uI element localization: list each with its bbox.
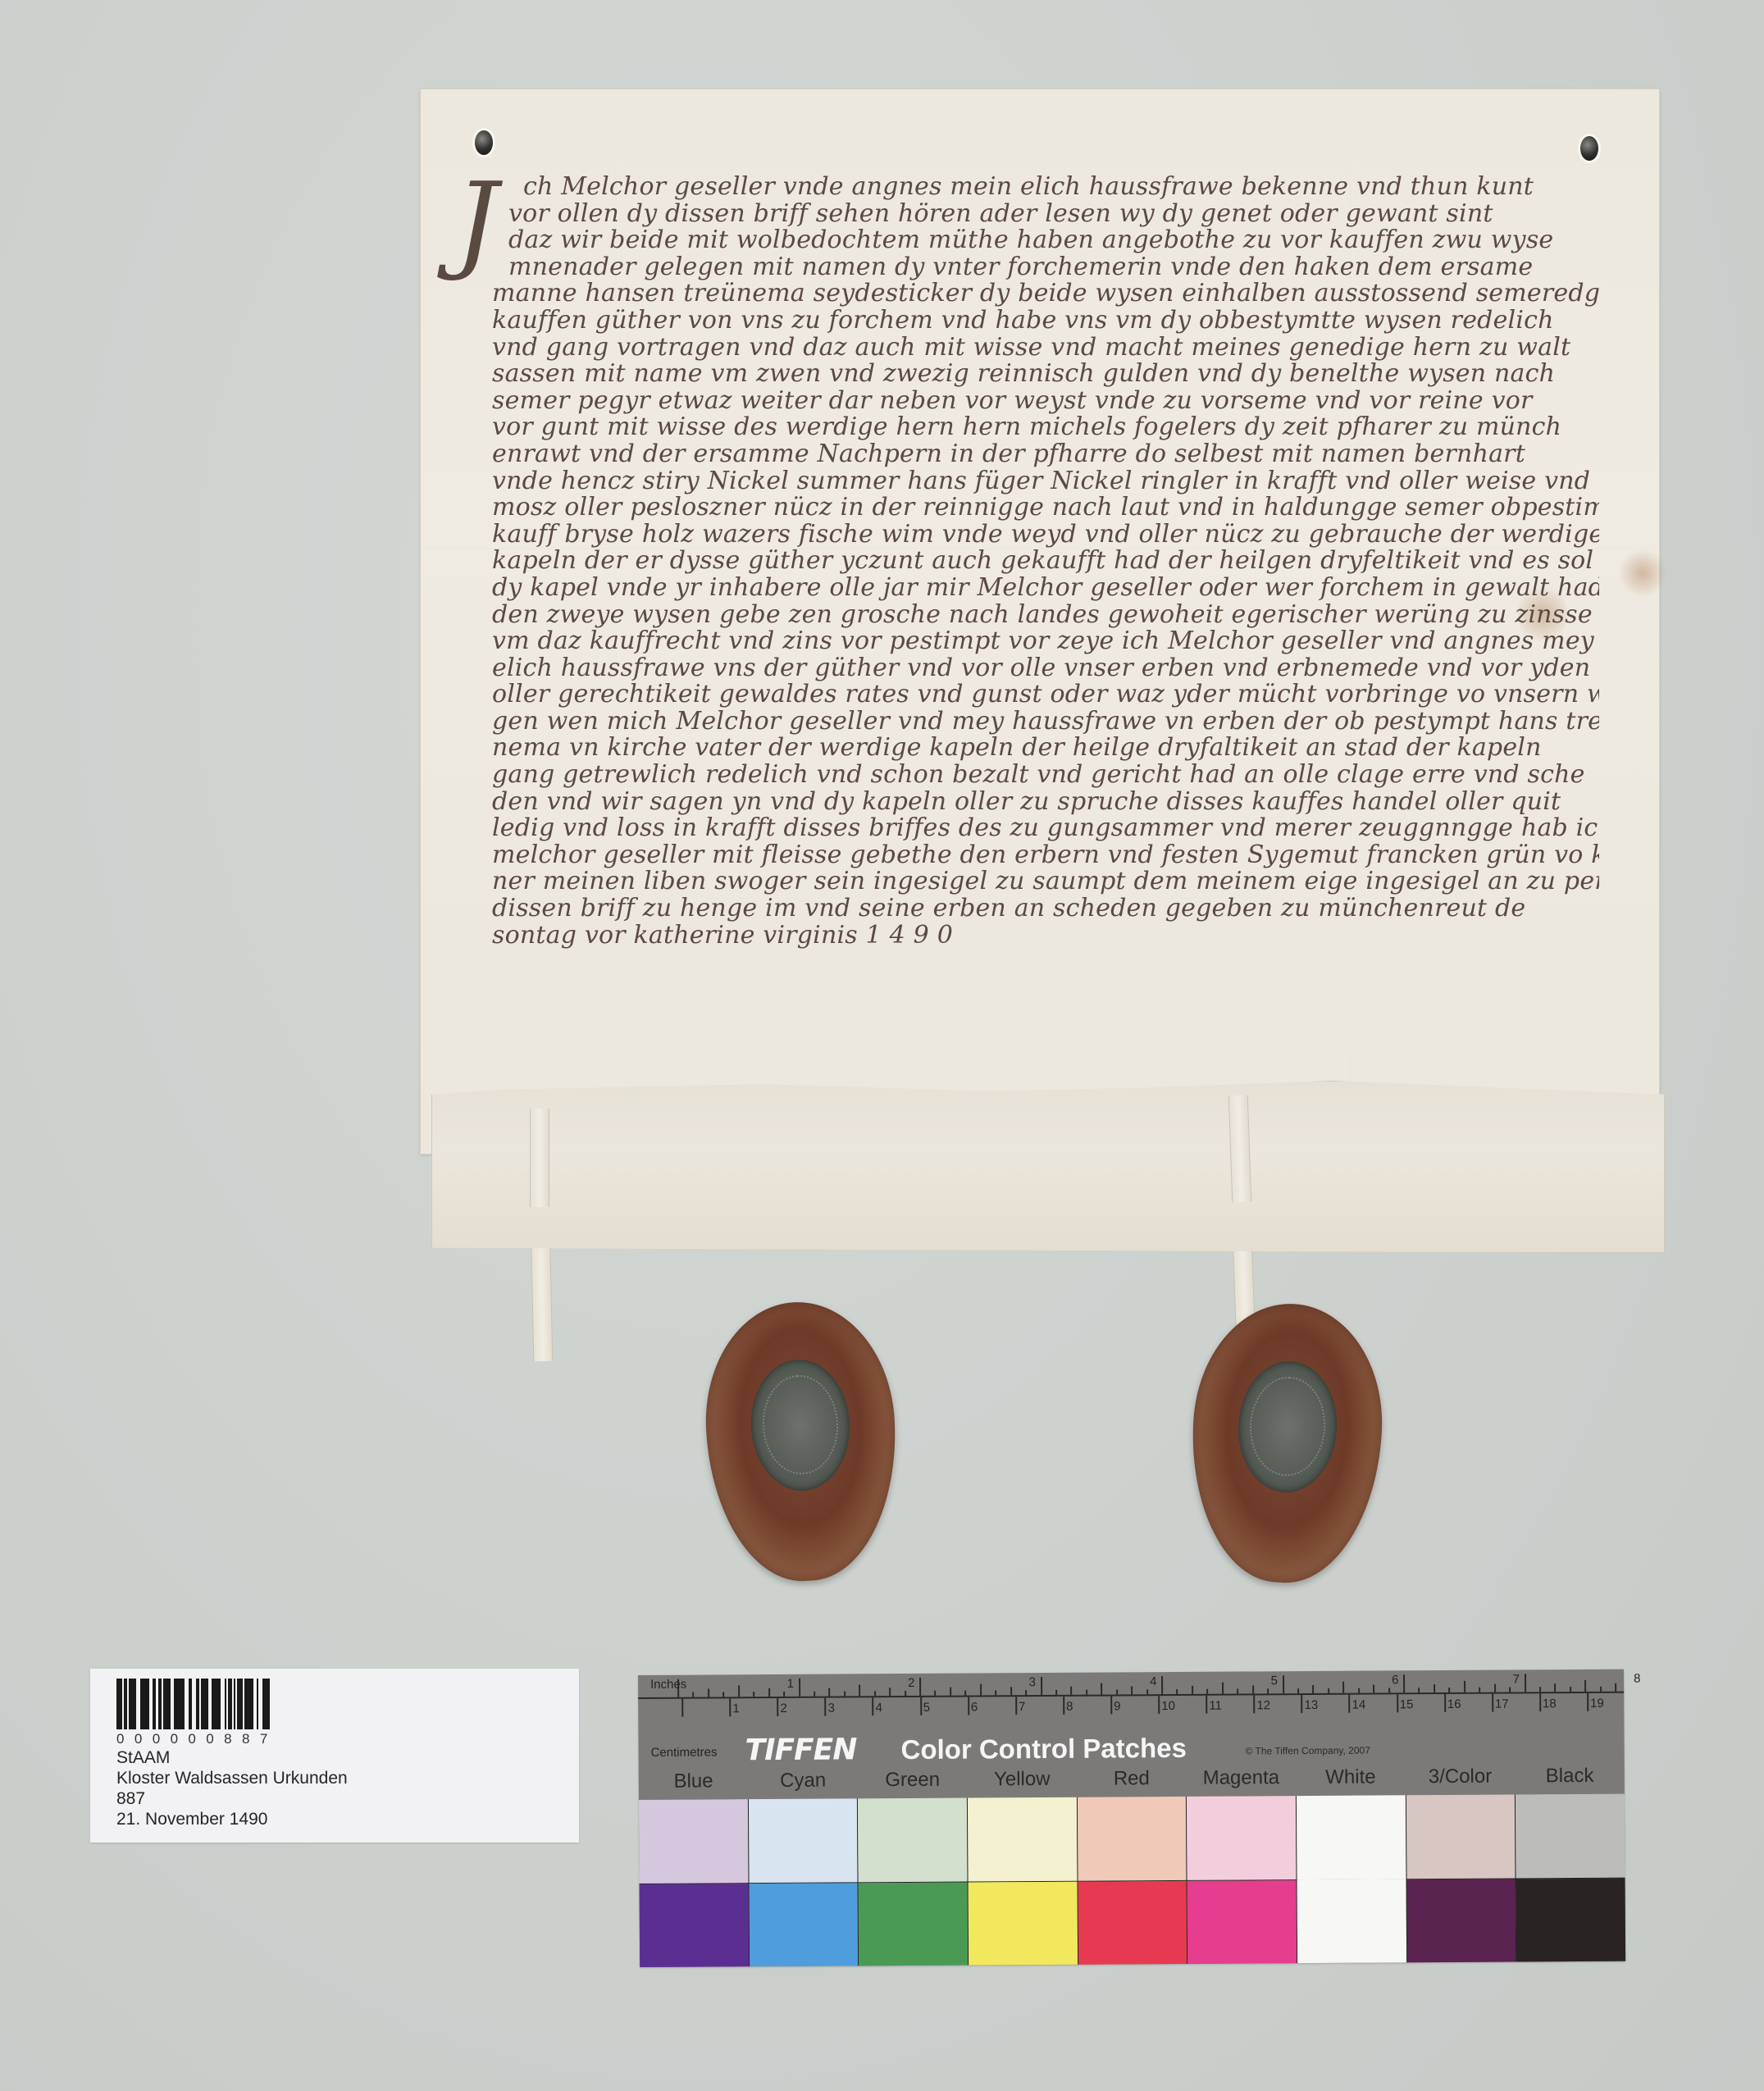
inch-tick <box>768 1688 770 1697</box>
cm-mark: 19 <box>1590 1697 1604 1711</box>
manuscript-line: kapeln der er dysse güther yczunt auch g… <box>492 548 1599 575</box>
manuscript-line: mosz oller pesloszner nücz in der reinni… <box>492 494 1599 522</box>
inch-tick <box>1509 1687 1511 1692</box>
cm-tick <box>1063 1697 1064 1715</box>
patch-dark <box>1187 1880 1297 1964</box>
patch-light <box>1516 1794 1625 1879</box>
manuscript-line: vor gunt mit wisse des werdige hern hern… <box>492 414 1599 441</box>
inch-tick <box>1448 1688 1450 1692</box>
inch-tick <box>1222 1683 1224 1694</box>
inch-tick <box>783 1692 785 1697</box>
inch-tick <box>1070 1687 1072 1695</box>
cm-mark: 4 <box>876 1701 882 1715</box>
cm-mark: 3 <box>827 1701 834 1715</box>
barcode-bar <box>140 1679 149 1729</box>
cm-mark: 15 <box>1400 1697 1414 1711</box>
inch-tick <box>1010 1687 1012 1695</box>
inch-tick <box>1615 1683 1616 1692</box>
patch-dark <box>1297 1879 1406 1963</box>
inch-tick <box>889 1688 891 1696</box>
inch-tick <box>1252 1685 1254 1693</box>
punch-hole-icon <box>1580 136 1598 161</box>
inch-tick <box>1494 1684 1496 1692</box>
cm-tick <box>1539 1693 1541 1711</box>
manuscript-line: ch Melchor geseller vnde angnes mein eli… <box>492 174 1599 201</box>
inch-tick <box>828 1688 830 1697</box>
inch-tick <box>905 1691 906 1696</box>
inch-mark: 5 <box>1271 1674 1278 1688</box>
patch-dark <box>969 1881 1078 1965</box>
card-title: Color Control Patches <box>900 1733 1187 1765</box>
barcode-bar <box>174 1679 185 1729</box>
cm-mark: 6 <box>971 1700 978 1714</box>
inch-tick <box>1055 1690 1057 1695</box>
tiffen-logo: TIFFEN <box>745 1733 856 1767</box>
manuscript-line: vnde hencz stiry Nickel summer hans füge… <box>492 468 1599 495</box>
seal-strip-right-top <box>1228 1096 1252 1203</box>
inch-tick <box>1570 1687 1571 1692</box>
cm-mark: 2 <box>780 1701 786 1715</box>
inch-tick <box>1146 1689 1148 1694</box>
inch-tick <box>859 1684 860 1696</box>
cm-mark: 12 <box>1256 1698 1270 1712</box>
inch-tick <box>1464 1681 1465 1692</box>
manuscript-line: den zweye wysen gebe zen grosche nach la… <box>492 602 1599 629</box>
patch-column-black <box>1515 1794 1625 1962</box>
cm-tick <box>1349 1695 1351 1713</box>
inch-mark: 6 <box>1392 1673 1398 1687</box>
inch-tick <box>1373 1685 1374 1693</box>
cm-tick <box>1110 1696 1112 1714</box>
manuscript-line: nema vn kirche vater der werdige kapeln … <box>492 735 1599 762</box>
inch-mark: 8 <box>1634 1672 1640 1686</box>
patch-column-3-color <box>1406 1794 1516 1962</box>
manuscript-line: melchor geseller mit fleisse gebethe den… <box>492 842 1599 869</box>
inch-mark: 1 <box>787 1677 794 1691</box>
manuscript-line: vm daz kauffrecht vnd zins vor pestimpt … <box>492 628 1599 655</box>
inch-tick <box>1554 1683 1556 1692</box>
inch-tick <box>1600 1687 1602 1692</box>
cm-tick <box>1206 1696 1207 1714</box>
cm-tick <box>1253 1695 1255 1713</box>
inch-tick <box>1206 1689 1208 1694</box>
fold-flap <box>431 1081 1665 1253</box>
inch-tick <box>1312 1685 1314 1693</box>
barcode-bar <box>163 1679 171 1729</box>
inch-tick <box>995 1690 996 1695</box>
cm-tick <box>1492 1694 1493 1712</box>
inch-tick <box>738 1685 740 1697</box>
cm-tick <box>824 1698 826 1716</box>
patch-light <box>968 1797 1077 1882</box>
cm-tick <box>1015 1697 1017 1715</box>
inch-tick <box>1358 1688 1360 1693</box>
manuscript-line: vnd gang vortragen vnd daz auch mit wiss… <box>492 335 1599 362</box>
cm-mark: 10 <box>1161 1699 1175 1713</box>
patch-name: Magenta <box>1187 1766 1297 1797</box>
patch-light <box>858 1798 967 1883</box>
patch-column-green <box>857 1798 968 1966</box>
inch-tick <box>708 1688 709 1697</box>
wax-seal-right <box>1185 1299 1388 1588</box>
inch-tick <box>1161 1676 1163 1694</box>
manuscript-line: gen wen mich Melchor geseller vnd mey ha… <box>492 708 1599 736</box>
inch-tick <box>1283 1675 1284 1693</box>
inch-tick <box>935 1691 937 1696</box>
manuscript-line: elich haussfrawe vns der güther vnd vor … <box>492 655 1599 682</box>
manuscript-line: enrawt vnd der ersamme Nachpern in der p… <box>492 441 1599 468</box>
copyright: © The Tiffen Company, 2007 <box>1246 1745 1370 1757</box>
ruler: Inches 123456781234567891011121314151617… <box>638 1670 1624 1733</box>
document-number: 887 <box>116 1788 579 1809</box>
seal-strip-left-top <box>530 1109 549 1207</box>
collection-name: Kloster Waldsassen Urkunden <box>116 1768 579 1788</box>
manuscript-line: kauff bryse holz wazers fische wim vnde … <box>492 522 1599 549</box>
patch-column-cyan <box>748 1798 859 1966</box>
cm-tick <box>729 1698 731 1716</box>
inch-tick <box>814 1692 815 1697</box>
manuscript-line: daz wir beide mit wolbedochtem müthe hab… <box>492 227 1599 254</box>
patch-name: Green <box>858 1769 968 1799</box>
inch-tick <box>1419 1688 1420 1692</box>
barcode-bar <box>244 1679 253 1729</box>
patch-name: Blue <box>639 1770 749 1800</box>
patch-name: Cyan <box>748 1769 858 1799</box>
inch-tick <box>1328 1688 1329 1693</box>
manuscript-line: vor ollen dy dissen briff sehen hören ad… <box>492 201 1599 228</box>
inch-mark: 4 <box>1150 1674 1156 1688</box>
inch-tick <box>1539 1687 1541 1692</box>
cm-tick <box>1158 1696 1160 1714</box>
manuscript-line: ledig vnd loss in krafft disses briffes … <box>492 815 1599 842</box>
cm-mark: 14 <box>1352 1698 1366 1712</box>
inch-tick <box>753 1692 754 1697</box>
cm-tick <box>1301 1695 1302 1713</box>
inch-tick <box>964 1691 966 1696</box>
patch-dark <box>1516 1878 1625 1961</box>
archive-label: 000000887 StAAM Kloster Waldsassen Urkun… <box>90 1669 579 1843</box>
patch-light <box>1297 1795 1406 1879</box>
patch-name: Black <box>1515 1765 1625 1795</box>
inch-tick <box>1101 1683 1102 1695</box>
patch-column-red <box>1077 1797 1187 1965</box>
cm-mark: 5 <box>923 1701 930 1715</box>
inch-tick <box>1479 1688 1480 1692</box>
cm-mark: 13 <box>1304 1698 1318 1712</box>
cm-tick <box>681 1699 683 1717</box>
barcode-bar <box>212 1679 221 1729</box>
inch-tick <box>1403 1674 1405 1692</box>
patch-dark <box>1406 1879 1516 1962</box>
patch-column-yellow <box>967 1797 1078 1966</box>
manuscript-line: sontag vor katherine virginis 1 4 9 0 <box>492 922 1599 950</box>
inch-tick <box>950 1688 951 1696</box>
inch-tick <box>722 1692 724 1697</box>
barcode-bar <box>201 1679 208 1729</box>
patch-dark <box>640 1884 749 1967</box>
charter-text: ch Melchor geseller vnde angnes mein eli… <box>492 174 1599 949</box>
cm-mark: 16 <box>1447 1697 1461 1711</box>
centimetres-label: Centimetres <box>651 1745 718 1759</box>
inch-tick <box>1192 1686 1193 1694</box>
inch-tick <box>693 1692 695 1697</box>
manuscript-line: sassen mit name vm zwen vnd zwezig reinn… <box>492 361 1599 388</box>
cm-mark: 17 <box>1495 1697 1509 1711</box>
cm-tick <box>968 1697 969 1715</box>
stain <box>1618 549 1667 598</box>
inch-mark: 7 <box>1512 1672 1519 1686</box>
inch-tick <box>919 1678 921 1696</box>
patch-light <box>1187 1796 1296 1880</box>
patch-name: Red <box>1077 1767 1187 1797</box>
patch-name: White <box>1296 1765 1406 1796</box>
inch-tick <box>1116 1689 1118 1694</box>
inch-tick <box>1025 1690 1027 1695</box>
inch-tick <box>1434 1684 1435 1692</box>
inch-tick <box>1342 1682 1344 1693</box>
patch-light <box>1078 1797 1187 1881</box>
patch-dark <box>1078 1880 1187 1964</box>
manuscript-line: manne hansen treünema seydesticker dy be… <box>492 280 1599 307</box>
inch-tick <box>1297 1688 1299 1693</box>
patch-name: Yellow <box>967 1768 1077 1798</box>
inch-tick <box>980 1683 982 1695</box>
patch-dark <box>749 1883 858 1966</box>
patch-column-blue <box>639 1799 749 1967</box>
patch-light <box>639 1799 748 1884</box>
cm-tick <box>873 1697 874 1715</box>
cm-mark: 9 <box>1114 1699 1120 1713</box>
manuscript-line: semer pegyr etwaz weiter dar neben vor w… <box>492 388 1599 415</box>
punch-hole-icon <box>475 130 493 155</box>
inch-tick <box>1267 1688 1269 1693</box>
barcode-bar <box>262 1679 270 1729</box>
seal-impression-icon <box>748 1357 853 1493</box>
cm-mark: 7 <box>1019 1700 1025 1714</box>
barcode-digits: 000000887 <box>116 1731 579 1747</box>
barcode-bar <box>129 1679 136 1729</box>
patch-name: 3/Color <box>1406 1765 1516 1795</box>
inch-tick <box>1177 1689 1178 1694</box>
inch-tick <box>1525 1674 1526 1692</box>
inch-tick <box>874 1691 876 1696</box>
color-patches <box>639 1794 1625 1967</box>
cm-tick <box>1587 1693 1589 1711</box>
manuscript-line: dissen briff zu henge im vnd seine erben… <box>492 895 1599 922</box>
inch-mark: 2 <box>908 1676 914 1690</box>
inch-tick <box>677 1679 679 1697</box>
inch-mark: 3 <box>1029 1675 1036 1689</box>
patch-light <box>1406 1794 1516 1879</box>
cm-tick <box>1444 1694 1446 1712</box>
manuscript-line: ner meinen liben swoger sein ingesigel z… <box>492 868 1599 895</box>
barcode-icon <box>116 1679 579 1729</box>
seal-impression-icon <box>1235 1359 1340 1495</box>
inch-tick <box>844 1691 846 1696</box>
cm-tick <box>920 1697 922 1715</box>
inch-tick <box>1131 1686 1133 1694</box>
inch-tick <box>1086 1690 1087 1695</box>
document-date: 21. November 1490 <box>116 1809 579 1829</box>
cm-tick <box>777 1698 778 1716</box>
barcode-bar <box>237 1679 243 1729</box>
inch-tick <box>799 1679 800 1697</box>
patch-column-white <box>1296 1795 1406 1963</box>
cm-tick <box>1397 1694 1398 1712</box>
cm-mark: 18 <box>1543 1697 1557 1711</box>
inches-label: Inches <box>650 1678 686 1692</box>
inch-tick <box>1388 1688 1390 1692</box>
patch-dark <box>859 1882 968 1966</box>
barcode-bar <box>116 1679 122 1729</box>
inch-tick <box>1584 1680 1586 1692</box>
archive-name: StAAM <box>116 1747 579 1768</box>
manuscript-line: den vnd wir sagen yn vnd dy kapeln oller… <box>492 789 1599 816</box>
cm-mark: 11 <box>1209 1699 1222 1713</box>
patch-column-magenta <box>1186 1796 1297 1964</box>
inch-tick <box>1041 1677 1042 1695</box>
manuscript-line: oller gerechtikeit gewaldes rates vnd gu… <box>492 681 1599 708</box>
patch-light <box>749 1798 858 1883</box>
wax-seal-left <box>700 1297 902 1586</box>
manuscript-line: kauffen güther von vns zu forchem vnd ha… <box>492 307 1599 335</box>
manuscript-line: mnenader gelegen mit namen dy vnter forc… <box>492 254 1599 281</box>
color-control-card: Inches 123456781234567891011121314151617… <box>638 1670 1625 1967</box>
manuscript-line: gang getrewlich redelich vnd schon bezal… <box>492 762 1599 789</box>
cm-mark: 1 <box>732 1701 739 1715</box>
manuscript-line: dy kapel vnde yr inhabere olle jar mir M… <box>492 575 1599 602</box>
cm-mark: 8 <box>1066 1700 1073 1714</box>
inch-tick <box>1237 1689 1238 1694</box>
